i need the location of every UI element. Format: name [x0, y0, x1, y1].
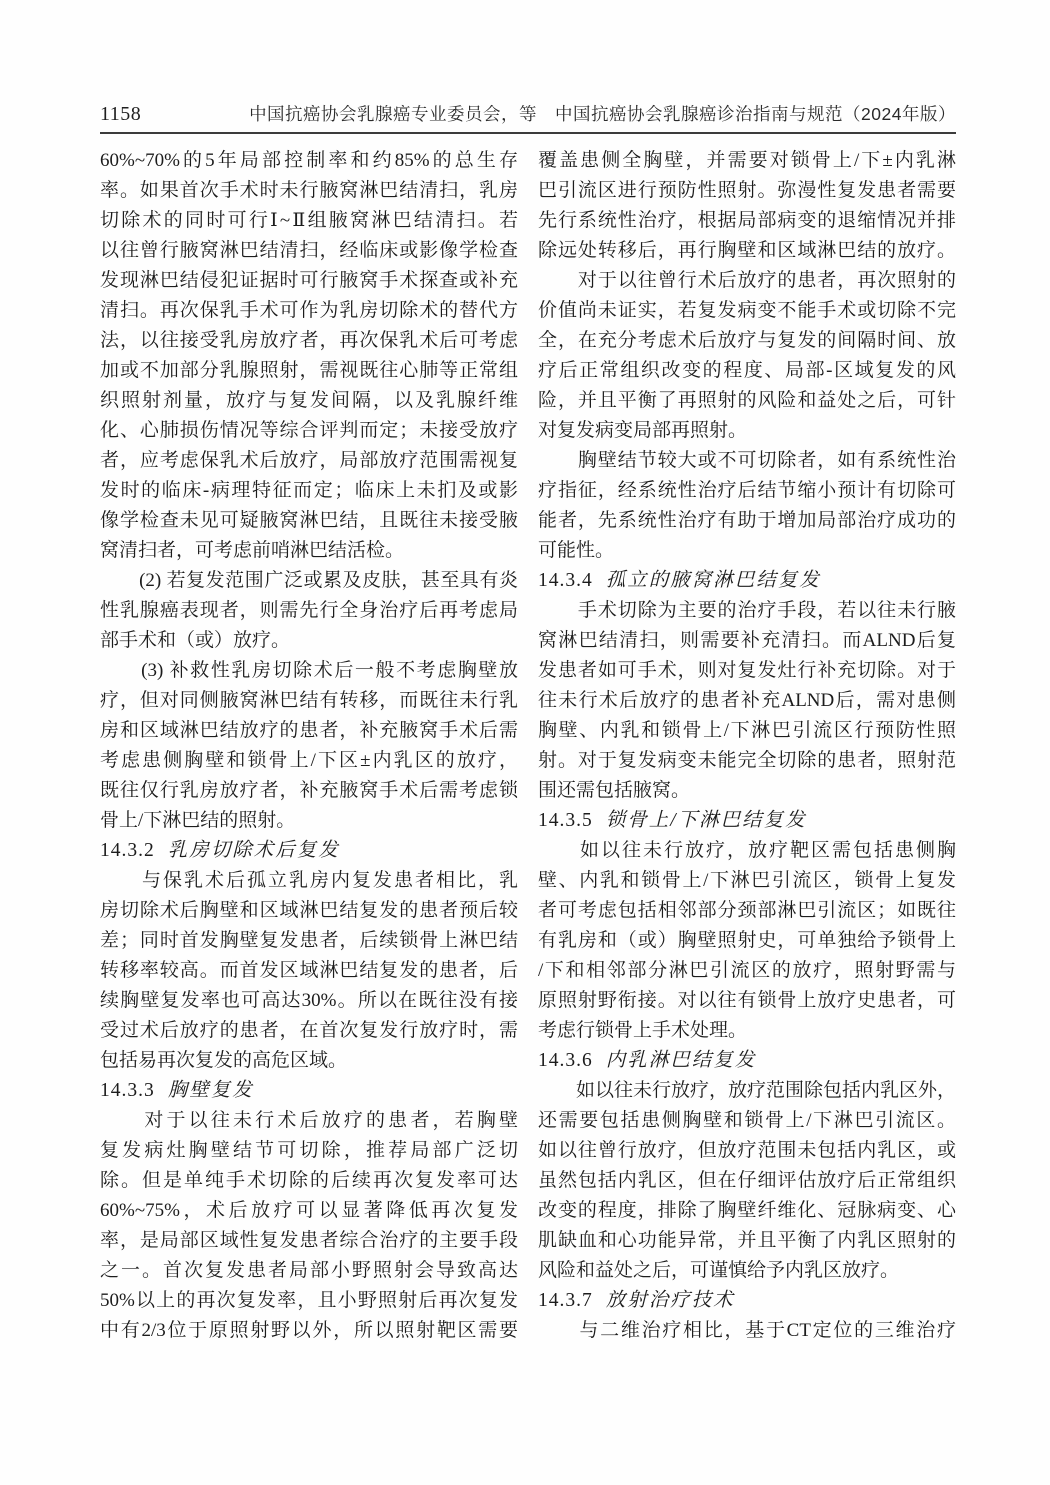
page-header: 1158 中国抗癌协会乳腺癌专业委员会，等 中国抗癌协会乳腺癌诊治指南与规范（2…: [100, 0, 956, 134]
paragraph: 对于以往曾行术后放疗的患者，再次照射的价值尚未证实，若复发病变不能手术或切除不完…: [538, 266, 956, 446]
text-line: 差；同时首发胸壁复发患者，后续锁骨上淋巴结: [100, 926, 518, 956]
text-line: 对复发病变局部再照射。: [538, 416, 956, 446]
text-line: 化、心肺损伤情况等综合评判而定；未接受放疗: [100, 416, 518, 446]
paragraph: 胸壁结节较大或不可切除者，如有系统性治疗指征，经系统性治疗后结节缩小预计有切除可…: [538, 446, 956, 566]
text-line: 手术切除为主要的治疗手段，若以往未行腋: [538, 596, 956, 626]
text-line: 切除术的同时可行Ⅰ~Ⅱ组腋窝淋巴结清扫。若: [100, 206, 518, 236]
text-line: 原照射野衔接。对以往有锁骨上放疗史患者，可: [538, 986, 956, 1016]
text-line: 与保乳术后孤立乳房内复发患者相比，乳: [100, 866, 518, 896]
text-line: 壁、内乳和锁骨上/下淋巴引流区，锁骨上复发: [538, 866, 956, 896]
paragraph: 如以往未行放疗，放疗靶区需包括患侧胸壁、内乳和锁骨上/下淋巴引流区，锁骨上复发者…: [538, 836, 956, 1046]
text-line: 加或不加部分乳腺照射，需视既往心肺等正常组: [100, 356, 518, 386]
text-line: 全，在充分考虑术后放疗与复发的间隔时间、放: [538, 326, 956, 356]
text-line: 先行系统性治疗，根据局部病变的退缩情况并排: [538, 206, 956, 236]
text-line: 如以往未行放疗，放疗靶区需包括患侧胸: [538, 836, 956, 866]
text-line: 之一。首次复发患者局部小野照射会导致高达: [100, 1256, 518, 1286]
text-line: 骨上/下淋巴结的照射。: [100, 806, 518, 836]
text-line: 疗，但对同侧腋窝淋巴结有转移，而既往未行乳: [100, 686, 518, 716]
text-line: 织照射剂量，放疗与复发间隔，以及乳腺纤维: [100, 386, 518, 416]
text-line: 者，应考虑保乳术后放疗，局部放疗范围需视复: [100, 446, 518, 476]
paragraph: (3) 补救性乳房切除术后一般不考虑胸壁放疗，但对同侧腋窝淋巴结有转移，而既往未…: [100, 656, 518, 836]
text-line: 虽然包括内乳区，但在仔细评估放疗后正常组织: [538, 1166, 956, 1196]
text-line: 以往曾行腋窝淋巴结清扫，经临床或影像学检查: [100, 236, 518, 266]
text-line: 改变的程度，排除了胸壁纤维化、冠脉病变、心: [538, 1196, 956, 1226]
section-title: 内乳淋巴结复发: [606, 1050, 757, 1071]
text-line: 房切除术后胸壁和区域淋巴结复发的患者预后较: [100, 896, 518, 926]
section-number: 14.3.2: [100, 840, 155, 861]
section-heading: 14.3.6内乳淋巴结复发: [538, 1046, 956, 1076]
text-line: 胸壁、内乳和锁骨上/下淋巴引流区行预防性照: [538, 716, 956, 746]
text-line: 考虑患侧胸壁和锁骨上/下区±内乳区的放疗，: [100, 746, 518, 776]
text-line: 发现淋巴结侵犯证据时可行腋窝手术探查或补充: [100, 266, 518, 296]
section-heading: 14.3.2乳房切除术后复发: [100, 836, 518, 866]
page-number: 1158: [100, 103, 141, 126]
section-heading: 14.3.5锁骨上/下淋巴结复发: [538, 806, 956, 836]
running-title: 中国抗癌协会乳腺癌专业委员会，等 中国抗癌协会乳腺癌诊治指南与规范（2024年版…: [249, 101, 956, 126]
paragraph: 与保乳术后孤立乳房内复发患者相比，乳房切除术后胸壁和区域淋巴结复发的患者预后较差…: [100, 866, 518, 1076]
text-line: 对于以往未行术后放疗的患者，若胸壁: [100, 1106, 518, 1136]
text-line: 复发病灶胸壁结节可切除，推荐局部广泛切: [100, 1136, 518, 1166]
text-line: 像学检查未见可疑腋窝淋巴结，且既往未接受腋: [100, 506, 518, 536]
paragraph: 覆盖患侧全胸壁，并需要对锁骨上/下±内乳淋巴引流区进行预防性照射。弥漫性复发患者…: [538, 146, 956, 266]
paragraph: 与二维治疗相比，基于CT定位的三维治疗: [538, 1316, 956, 1346]
section-title: 乳房切除术后复发: [168, 840, 340, 861]
text-line: /下和相邻部分淋巴引流区的放疗，照射野需与: [538, 956, 956, 986]
paragraph: (2) 若复发范围广泛或累及皮肤，甚至具有炎性乳腺癌表现者，则需先行全身治疗后再…: [100, 566, 518, 656]
text-line: 房和区域淋巴结放疗的患者，补充腋窝手术后需: [100, 716, 518, 746]
text-line: 既往仅行乳房放疗者，补充腋窝手术后需考虑锁: [100, 776, 518, 806]
text-line: 覆盖患侧全胸壁，并需要对锁骨上/下±内乳淋: [538, 146, 956, 176]
text-line: 中有2/3位于原照射野以外，所以照射靶区需要: [100, 1316, 518, 1346]
text-line: (2) 若复发范围广泛或累及皮肤，甚至具有炎: [100, 566, 518, 596]
section-number: 14.3.5: [538, 810, 593, 831]
section-title: 胸壁复发: [168, 1080, 254, 1101]
text-line: 除。但是单纯手术切除的后续再次复发率可达: [100, 1166, 518, 1196]
section-title: 锁骨上/下淋巴结复发: [606, 810, 807, 831]
text-line: 转移率较高。而首发区域淋巴结复发的患者，后: [100, 956, 518, 986]
text-line: 续胸壁复发率也可高达30%。所以在既往没有接: [100, 986, 518, 1016]
text-line: 包括易再次复发的高危区域。: [100, 1046, 518, 1076]
text-line: 率，是局部区域性复发患者综合治疗的主要手段: [100, 1226, 518, 1256]
text-line: 考虑行锁骨上手术处理。: [538, 1016, 956, 1046]
text-line: 如以往曾行放疗，但放疗范围未包括内乳区，或: [538, 1136, 956, 1166]
text-line: 50%以上的再次复发率，且小野照射后再次复发: [100, 1286, 518, 1316]
section-title: 放射治疗技术: [606, 1290, 735, 1311]
text-line: 能者，先系统性治疗有助于增加局部治疗成功的: [538, 506, 956, 536]
section-heading: 14.3.7放射治疗技术: [538, 1286, 956, 1316]
page-body: 60%~70%的5年局部控制率和约85%的总生存率。如果首次手术时未行腋窝淋巴结…: [100, 146, 956, 1346]
text-line: 疗后正常组织改变的程度、局部-区域复发的风: [538, 356, 956, 386]
text-line: 清扫。再次保乳手术可作为乳房切除术的替代方: [100, 296, 518, 326]
section-number: 14.3.3: [100, 1080, 155, 1101]
text-line: 风险和益处之后，可谨慎给予内乳区放疗。: [538, 1256, 956, 1286]
text-line: 还需要包括患侧胸壁和锁骨上/下淋巴引流区。: [538, 1106, 956, 1136]
text-line: 围还需包括腋窝。: [538, 776, 956, 806]
text-line: 对于以往曾行术后放疗的患者，再次照射的: [538, 266, 956, 296]
left-column: 60%~70%的5年局部控制率和约85%的总生存率。如果首次手术时未行腋窝淋巴结…: [100, 146, 518, 1346]
text-line: 疗指征，经系统性治疗后结节缩小预计有切除可: [538, 476, 956, 506]
text-line: 与二维治疗相比，基于CT定位的三维治疗: [538, 1316, 956, 1346]
text-line: 往未行术后放疗的患者补充ALND后，需对患侧: [538, 686, 956, 716]
section-heading: 14.3.3胸壁复发: [100, 1076, 518, 1106]
text-line: 60%~75%，术后放疗可以显著降低再次复发: [100, 1196, 518, 1226]
section-number: 14.3.4: [538, 570, 593, 591]
text-line: 发时的临床-病理特征而定；临床上未扪及或影: [100, 476, 518, 506]
text-line: 肌缺血和心功能异常，并且平衡了内乳区照射的: [538, 1226, 956, 1256]
text-line: 如以往未行放疗，放疗范围除包括内乳区外，: [538, 1076, 956, 1106]
text-line: 部手术和（或）放疗。: [100, 626, 518, 656]
text-line: 发患者如可手术，则对复发灶行补充切除。对于: [538, 656, 956, 686]
text-line: 射。对于复发病变未能完全切除的患者，照射范: [538, 746, 956, 776]
section-number: 14.3.6: [538, 1050, 593, 1071]
text-line: 胸壁结节较大或不可切除者，如有系统性治: [538, 446, 956, 476]
text-line: 60%~70%的5年局部控制率和约85%的总生存: [100, 146, 518, 176]
text-line: 除远处转移后，再行胸壁和区域淋巴结的放疗。: [538, 236, 956, 266]
text-line: 受过术后放疗的患者，在首次复发行放疗时，需: [100, 1016, 518, 1046]
text-line: (3) 补救性乳房切除术后一般不考虑胸壁放: [100, 656, 518, 686]
text-line: 性乳腺癌表现者，则需先行全身治疗后再考虑局: [100, 596, 518, 626]
paragraph: 手术切除为主要的治疗手段，若以往未行腋窝淋巴结清扫，则需要补充清扫。而ALND后…: [538, 596, 956, 806]
section-number: 14.3.7: [538, 1290, 593, 1311]
section-heading: 14.3.4孤立的腋窝淋巴结复发: [538, 566, 956, 596]
text-line: 者可考虑包括相邻部分颈部淋巴引流区；如既往: [538, 896, 956, 926]
paragraph: 60%~70%的5年局部控制率和约85%的总生存率。如果首次手术时未行腋窝淋巴结…: [100, 146, 518, 566]
text-line: 窝淋巴结清扫，则需要补充清扫。而ALND后复: [538, 626, 956, 656]
right-column: 覆盖患侧全胸壁，并需要对锁骨上/下±内乳淋巴引流区进行预防性照射。弥漫性复发患者…: [538, 146, 956, 1346]
text-line: 率。如果首次手术时未行腋窝淋巴结清扫，乳房: [100, 176, 518, 206]
section-title: 孤立的腋窝淋巴结复发: [606, 570, 821, 591]
text-line: 法，以往接受乳房放疗者，再次保乳术后可考虑: [100, 326, 518, 356]
paragraph: 对于以往未行术后放疗的患者，若胸壁复发病灶胸壁结节可切除，推荐局部广泛切除。但是…: [100, 1106, 518, 1346]
text-line: 价值尚未证实，若复发病变不能手术或切除不完: [538, 296, 956, 326]
text-line: 可能性。: [538, 536, 956, 566]
text-line: 窝清扫者，可考虑前哨淋巴结活检。: [100, 536, 518, 566]
document-page: 1158 中国抗癌协会乳腺癌专业委员会，等 中国抗癌协会乳腺癌诊治指南与规范（2…: [0, 0, 1050, 1485]
paragraph: 如以往未行放疗，放疗范围除包括内乳区外，还需要包括患侧胸壁和锁骨上/下淋巴引流区…: [538, 1076, 956, 1286]
text-line: 巴引流区进行预防性照射。弥漫性复发患者需要: [538, 176, 956, 206]
text-line: 有乳房和（或）胸壁照射史，可单独给予锁骨上: [538, 926, 956, 956]
text-line: 险，并且平衡了再照射的风险和益处之后，可针: [538, 386, 956, 416]
